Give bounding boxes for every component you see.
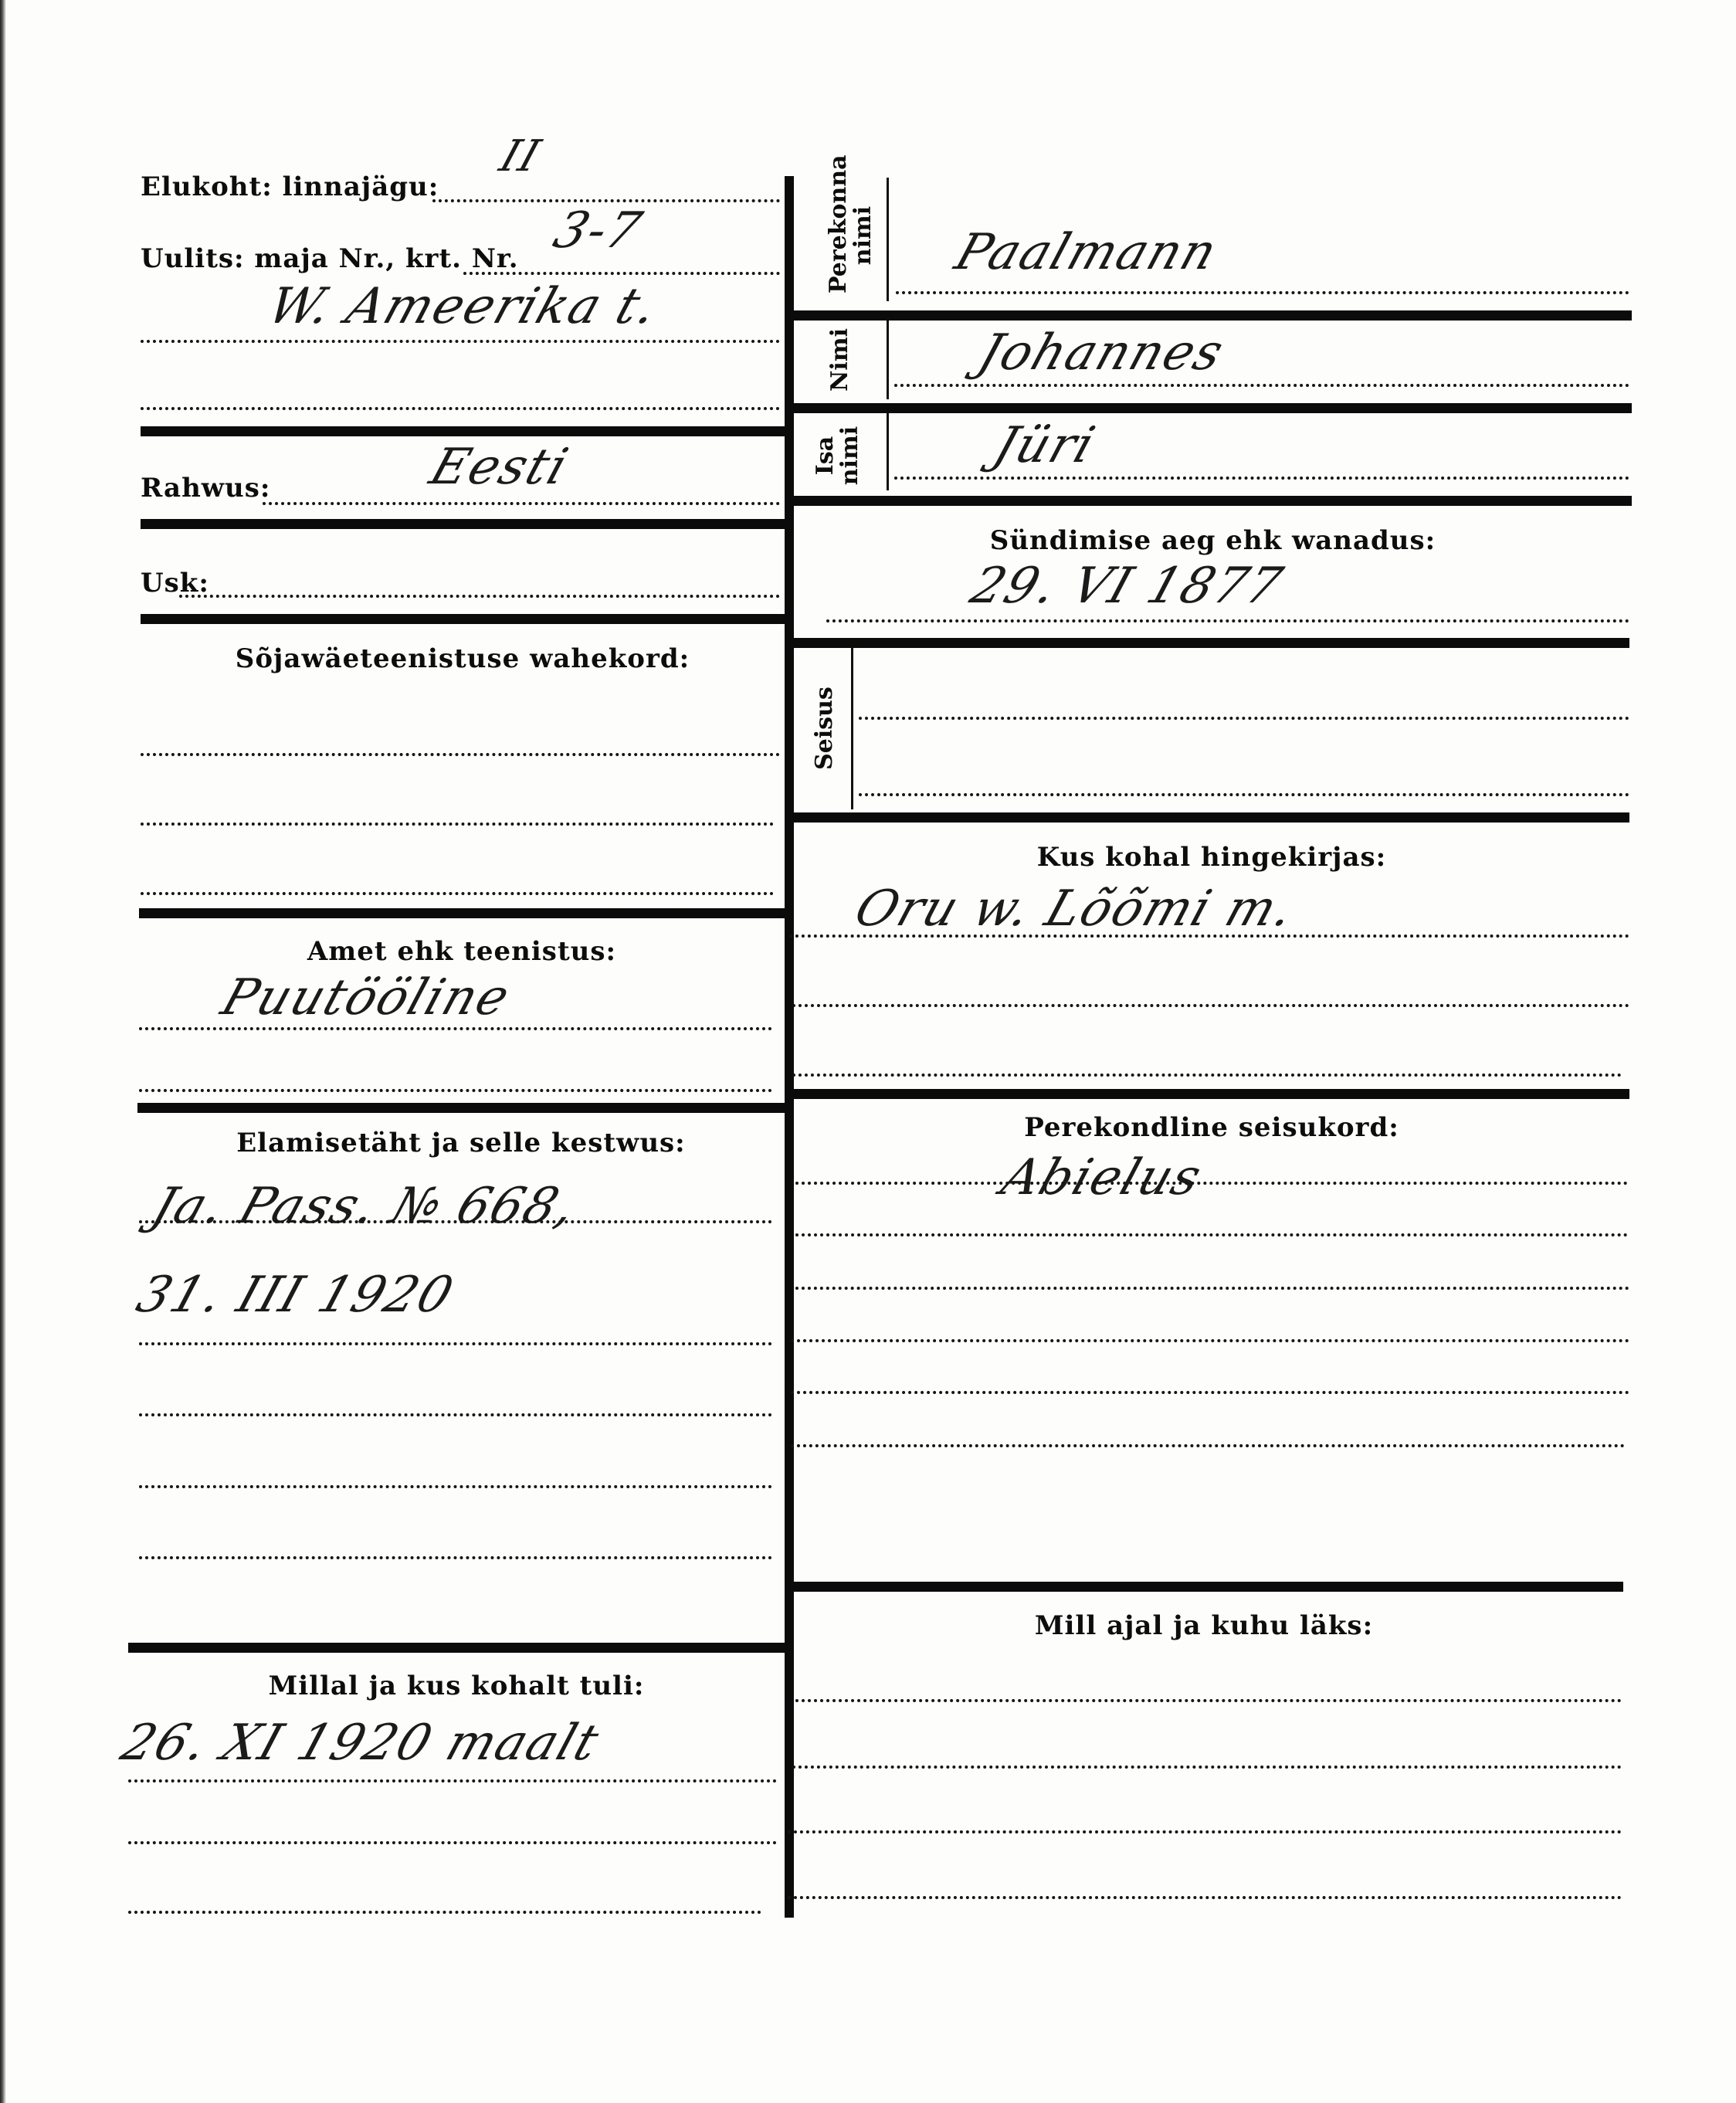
sojavae-line-1 — [141, 753, 780, 756]
paper-edge — [0, 0, 6, 2103]
elamisetaht-value-line1[interactable]: Ja. Pass. № 668, — [145, 1178, 585, 1235]
sojavae-line-2 — [141, 823, 774, 826]
perekonnanimi-line — [896, 291, 1629, 294]
millal-line-2 — [128, 1841, 777, 1844]
divider — [141, 519, 785, 529]
hingekirjas-line-3 — [792, 1074, 1622, 1077]
address-extra-line — [141, 407, 780, 410]
elamisetaht-line-3 — [139, 1413, 772, 1416]
elamisetaht-value-line2[interactable]: 31. III 1920 — [130, 1267, 461, 1324]
perekondline-line-6 — [791, 1444, 1625, 1447]
name-label-divider — [887, 321, 889, 399]
divider — [139, 908, 785, 918]
sundimise-line — [826, 619, 1629, 622]
seisus-line-2 — [859, 793, 1629, 796]
sojavae-line-3 — [141, 892, 774, 895]
nimi-label: Nimi — [828, 325, 856, 395]
usk-line — [179, 595, 780, 598]
lahkumine-line-4 — [788, 1896, 1622, 1899]
nimi-value[interactable]: Johannes — [971, 324, 1232, 382]
hingekirjas-line-1 — [789, 934, 1629, 938]
divider — [794, 310, 1632, 321]
elukoht-label: Elukoht: linnajägu: — [141, 171, 439, 202]
elamisetaht-line-2 — [139, 1342, 772, 1345]
elamisetaht-line-4 — [139, 1485, 772, 1488]
rahwus-line — [263, 502, 780, 505]
center-divider — [785, 176, 794, 1918]
hingekirjas-label: Kus kohal hingekirjas: — [794, 842, 1629, 873]
divider — [141, 614, 785, 624]
perekonnanimi-value[interactable]: Paalmann — [948, 224, 1225, 281]
street-line — [141, 340, 780, 343]
rahwus-value[interactable]: Eesti — [423, 439, 576, 496]
seisus-label: Seisus — [812, 686, 840, 771]
elamisetaht-line-1 — [139, 1220, 772, 1223]
perekondline-value[interactable]: Abielus — [995, 1149, 1209, 1206]
amet-line-2 — [139, 1089, 772, 1092]
divider — [137, 1103, 785, 1113]
uulits-line — [463, 272, 780, 275]
divider — [785, 1582, 1623, 1592]
divider — [794, 403, 1632, 413]
name-label-divider — [887, 178, 889, 301]
lahkumine-line-2 — [792, 1766, 1622, 1769]
perekonnanimi-label: Perekonna nimi — [826, 178, 880, 293]
usk-label: Usk: — [141, 568, 209, 599]
amet-line-1 — [139, 1027, 772, 1030]
sundimise-value[interactable]: 29. VI 1877 — [964, 558, 1290, 615]
seisus-label-divider — [851, 647, 853, 809]
amet-label: Amet ehk teenistus: — [139, 936, 785, 967]
millal-value[interactable]: 26. XI 1920 maalt — [114, 1715, 607, 1772]
registration-card: Elukoht: linnajägu: II Uulits: maja Nr.,… — [0, 0, 1736, 2103]
lahkumine-line-1 — [795, 1699, 1622, 1702]
millal-line-1 — [128, 1779, 777, 1782]
nimi-line — [894, 384, 1629, 387]
divider — [794, 638, 1629, 648]
lahkumine-label: Mill ajal ja kuhu läks: — [785, 1610, 1623, 1641]
perekondline-line-1 — [795, 1182, 1628, 1185]
divider — [128, 1643, 785, 1653]
hingekirjas-value[interactable]: Oru w. Lõõmi m. — [848, 880, 1303, 938]
perekondline-line-3 — [795, 1287, 1629, 1290]
elukoht-value[interactable]: II — [493, 131, 547, 181]
perekondline-label: Perekondline seisukord: — [794, 1112, 1629, 1143]
millal-line-3 — [128, 1911, 761, 1914]
divider — [794, 812, 1629, 823]
millal-label: Millal ja kus kohalt tuli: — [128, 1671, 785, 1701]
rahwus-label: Rahwus: — [141, 473, 270, 504]
uulits-house-value[interactable]: 3-7 — [547, 202, 649, 259]
seisus-line-1 — [859, 717, 1629, 720]
amet-value[interactable]: Puutööline — [215, 969, 517, 1026]
sundimise-label: Sündimise aeg ehk wanadus: — [794, 525, 1632, 556]
name-label-divider — [887, 413, 889, 490]
divider — [141, 426, 785, 436]
divider — [794, 496, 1632, 506]
isa-nimi-label: Isa nimi — [813, 425, 867, 487]
perekondline-line-4 — [791, 1339, 1629, 1342]
hingekirjas-line-2 — [792, 1004, 1629, 1007]
uulits-street-value[interactable]: W. Ameerika t. — [261, 278, 666, 335]
divider — [794, 1089, 1629, 1099]
elamisetaht-label: Elamisetäht ja selle kestwus: — [137, 1128, 785, 1158]
elamisetaht-line-5 — [139, 1556, 772, 1559]
perekondline-line-5 — [791, 1391, 1629, 1394]
perekondline-line-2 — [795, 1233, 1628, 1236]
isa-nimi-value[interactable]: Jüri — [987, 417, 1103, 474]
sojavae-label: Sõjawäeteenistuse wahekord: — [141, 643, 785, 674]
lahkumine-line-3 — [788, 1830, 1622, 1833]
isa-nimi-line — [894, 477, 1629, 480]
uulits-label: Uulits: maja Nr., krt. Nr. — [141, 243, 519, 274]
